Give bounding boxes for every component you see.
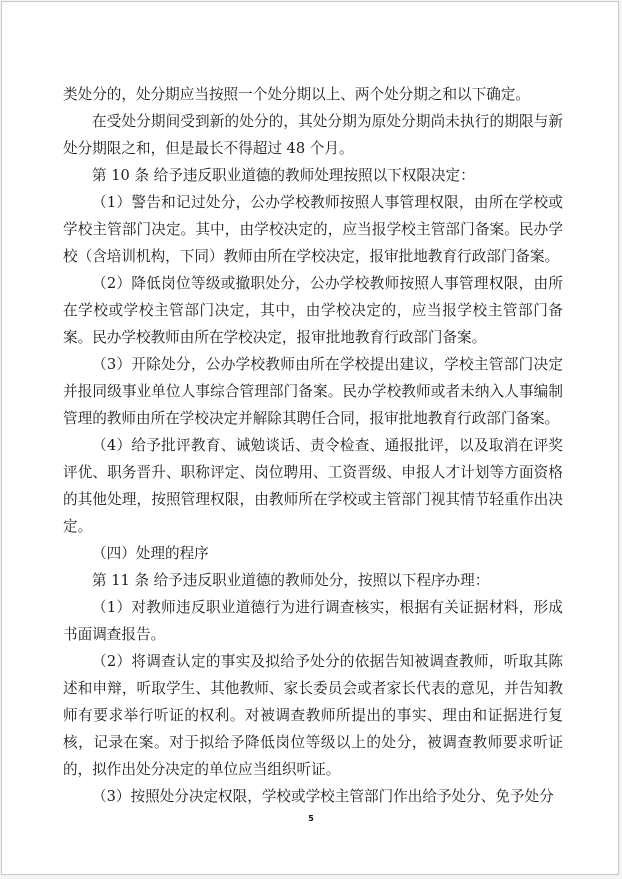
page-number: 5 [2,814,620,823]
paragraph-new-penalty-period: 在受处分期间受到新的处分的，其处分期为原处分期尚未执行的期限与新处分期限之和，但… [63,108,563,162]
document-body: 类处分的，处分期应当按照一个处分期以上、两个处分期之和以下确定。 在受处分期间受… [63,81,563,810]
document-page: 类处分的，处分期应当按照一个处分期以上、两个处分期之和以下确定。 在受处分期间受… [1,1,619,875]
article-10-item-1: （1）警告和记过处分，公办学校教师按照人事管理权限，由所在学校或学校主管部门决定… [63,189,563,270]
article-11-heading: 第 11 条 给予违反职业道德的教师处分，按照以下程序办理： [63,567,563,594]
article-10-item-2: （2）降低岗位等级或撤职处分，公办学校教师按照人事管理权限，由所在学校或学校主管… [63,270,563,351]
article-10-item-4: （4）给予批评教育、诫勉谈话、责令检查、通报批评，以及取消在评奖评优、职务晋升、… [63,432,563,540]
article-11-item-3: （3）按照处分决定权限，学校或学校主管部门作出给予处分、免予处分 [63,783,563,810]
article-10-item-3: （3）开除处分，公办学校教师由所在学校提出建议，学校主管部门决定并报同级事业单位… [63,351,563,432]
article-11-item-1: （1）对教师违反职业道德行为进行调查核实，根据有关证据材料，形成书面调查报告。 [63,594,563,648]
paragraph-continuation: 类处分的，处分期应当按照一个处分期以上、两个处分期之和以下确定。 [63,81,563,108]
section-4-heading: （四）处理的程序 [63,540,563,567]
article-11-item-2: （2）将调查认定的事实及拟给予处分的依据告知被调查教师，听取其陈述和申辩，听取学… [63,648,563,783]
article-10-heading: 第 10 条 给予违反职业道德的教师处理按照以下权限决定： [63,162,563,189]
